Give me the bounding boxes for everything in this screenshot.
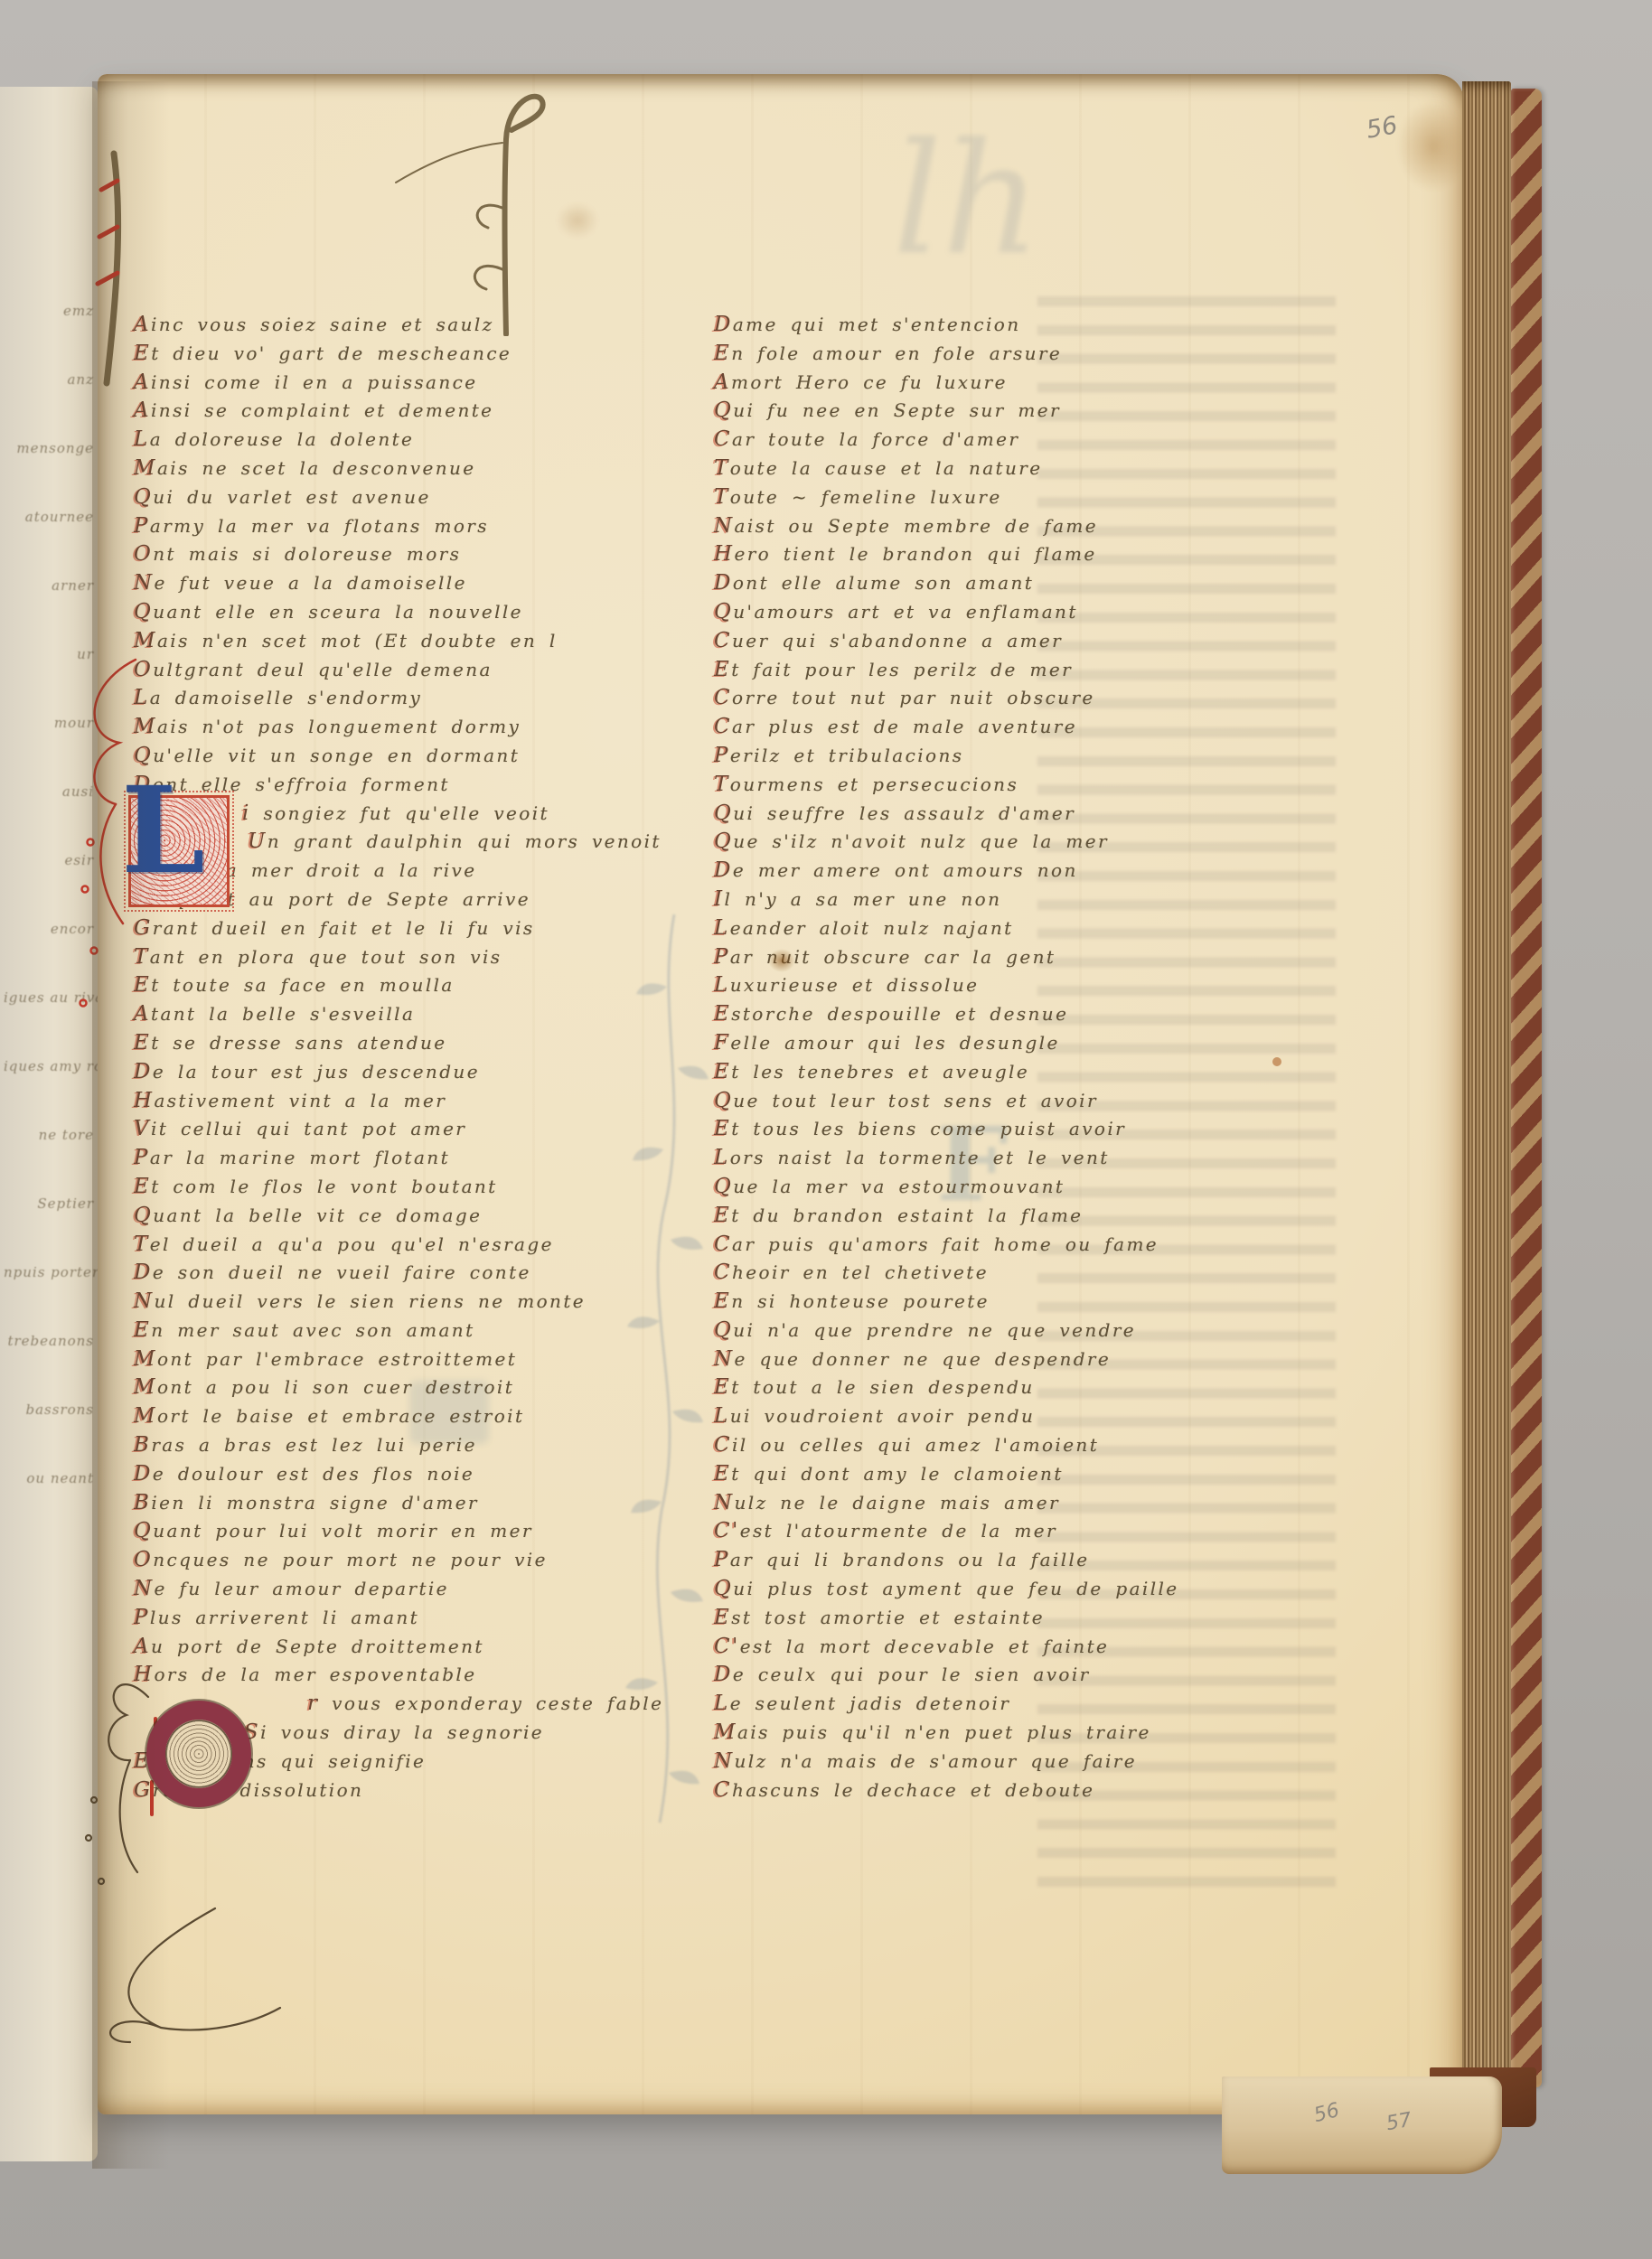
verse-line: Lors naist la tormente et le vent <box>714 1144 1310 1173</box>
verse-line: Mont a pou li son cuer destroit <box>134 1373 703 1402</box>
verse-line: Lui voudroient avoir pendu <box>714 1402 1310 1431</box>
verse-line: Que s'ilz n'avoit nulz que la mer <box>714 828 1310 857</box>
verse-line: Cheoir en tel chetivete <box>714 1259 1310 1288</box>
verse-line: Tel dueil a qu'a pou qu'el n'esrage <box>134 1231 703 1260</box>
facing-page-fragment: ou neant <box>4 1444 94 1513</box>
verse-line: Et fait pour les perilz de mer <box>714 656 1310 685</box>
facing-page-fragment: npuis porter <box>4 1238 94 1307</box>
decorated-initial-O <box>137 1699 255 1809</box>
verse-line: Estorche despouille et desnue <box>714 1000 1310 1029</box>
verse-line: Ainc vous soiez saine et saulz <box>134 311 703 340</box>
facing-page-fragment: Septier <box>4 1169 94 1238</box>
pencil-folio-number: 56 <box>1365 111 1400 144</box>
verse-line: Mais ne scet la desconvenue <box>134 455 703 483</box>
verse-line: Tant en plora que tout son vis <box>134 943 703 972</box>
verse-line: Quant elle en sceura la nouvelle <box>134 598 703 627</box>
facing-page-fragment: encor <box>4 895 94 963</box>
verse-line: Toute ~ femeline luxure <box>714 483 1310 512</box>
verse-line: Atant la belle s'esveilla <box>134 1000 703 1029</box>
verse-line: Parmy la mer va flotans mors <box>134 512 703 541</box>
verse-line: Car plus est de male aventure <box>714 713 1310 742</box>
facing-page-fragment: atournee <box>4 483 94 551</box>
cover-edge-zigzag-pattern <box>1511 89 1542 2087</box>
verse-line: Ainsi se complaint et demente <box>134 397 703 426</box>
verse-line: Mais n'en scet mot (Et doubte en l <box>134 627 703 656</box>
verse-line: Car toute la force d'amer <box>714 426 1310 455</box>
verse-line: Perilz et tribulacions <box>714 742 1310 771</box>
verse-line: Et tout a le sien despendu <box>714 1373 1310 1402</box>
verse-line: Nulz ne le daigne mais amer <box>714 1489 1310 1518</box>
verse-line: Hastivement vint a la mer <box>134 1087 703 1116</box>
verse-line: Au port de Septe droittement <box>134 1633 703 1662</box>
verse-line: Oultgrant deul qu'elle demena <box>134 656 703 685</box>
verse-line: Ne que donner ne que despendre <box>714 1345 1310 1374</box>
initial-O-ring <box>146 1701 251 1807</box>
verse-line: Mais n'ot pas longuement dormy <box>134 713 703 742</box>
facing-page-fragment: bassrons <box>4 1375 94 1444</box>
verse-line: Hors de la mer espoventable <box>134 1661 703 1690</box>
verse-line: En mer saut avec son amant <box>134 1317 703 1345</box>
verse-line: Le seulent jadis detenoir <box>714 1690 1310 1719</box>
page-block-fore-edge <box>1462 81 1511 2116</box>
verse-line: Bien li monstra signe d'amer <box>134 1489 703 1518</box>
verse-line: Mont par l'embrace estroittemet <box>134 1345 703 1374</box>
verse-line: C'est l'atourmente de la mer <box>714 1517 1310 1546</box>
verse-line: Et se dresse sans atendue <box>134 1029 703 1058</box>
verse-line: Luxurieuse et dissolue <box>714 971 1310 1000</box>
ghost-top-bleedthrough: lh <box>893 110 1041 289</box>
stain <box>1397 101 1469 192</box>
facing-page-edge: emzanzmensongeatourneearnerurmourausiesi… <box>0 87 98 2161</box>
verse-line: De mer amere ont amours non <box>714 857 1310 886</box>
verse-line: Toute la cause et la nature <box>714 455 1310 483</box>
verse-line: Car puis qu'amors fait home ou fame <box>714 1231 1310 1260</box>
verse-line: Il n'y a sa mer une non <box>714 886 1310 914</box>
verse-line: Dont elle alume son amant <box>714 569 1310 598</box>
facing-page-fragment: iques amy roge <box>4 1032 94 1101</box>
facing-page-fragment: mensonge <box>4 414 94 483</box>
verse-line: Qui du varlet est avenue <box>134 483 703 512</box>
verse-line: Nulz n'a mais de s'amour que faire <box>714 1748 1310 1776</box>
verse-line: Que la mer va estourmouvant <box>714 1173 1310 1202</box>
verse-line: Ont mais si doloreuse mors <box>134 540 703 569</box>
verse-line: Qui n'a que prendre ne que vendre <box>714 1317 1310 1345</box>
text-column-2: Dame qui met s'entencionEn fole amour en… <box>714 311 1310 1804</box>
verse-line: Leander aloit nulz najant <box>714 914 1310 943</box>
verse-line: Nul dueil vers le sien riens ne monte <box>134 1288 703 1317</box>
facing-page-fragment: mour <box>4 689 94 757</box>
verse-line: Qui plus tost ayment que feu de paille <box>714 1575 1310 1604</box>
verse-line: Naist ou Septe membre de fame <box>714 512 1310 541</box>
verse-line: La damoiselle s'endormy <box>134 684 703 713</box>
facing-page-fragment: trebeanons <box>4 1307 94 1375</box>
verse-line: La doloreuse la dolente <box>134 426 703 455</box>
verse-line: Est tost amortie et estainte <box>714 1604 1310 1633</box>
verse-line: Cuer qui s'abandonne a amer <box>714 627 1310 656</box>
verse-line: Quant pour lui volt morir en mer <box>134 1517 703 1546</box>
verse-line: Et com le flos le vont boutant <box>134 1173 703 1202</box>
manuscript-photo: emzanzmensongeatourneearnerurmourausiesi… <box>0 0 1652 2259</box>
verse-line: De ceulx qui pour le sien avoir <box>714 1661 1310 1690</box>
verse-line: Chascuns le dechace et deboute <box>714 1776 1310 1805</box>
verse-line: Qu'elle vit un songe en dormant <box>134 742 703 771</box>
verse-line: Et tous les biens come puist avoir <box>714 1115 1310 1144</box>
top-cadel-flourish <box>369 74 577 336</box>
verse-line: Qui seuffre les assaulz d'amer <box>714 800 1310 829</box>
verse-line: Dame qui met s'entencion <box>714 311 1310 340</box>
verse-line: Ne fut veue a la damoiselle <box>134 569 703 598</box>
verse-line: Oncques ne pour mort ne pour vie <box>134 1546 703 1575</box>
verse-line: Ne fu leur amour departie <box>134 1575 703 1604</box>
verse-line: C'est la mort decevable et fainte <box>714 1633 1310 1662</box>
verse-line: De doulour est des flos noie <box>134 1460 703 1489</box>
recto-page-folio-56: F lh <box>98 74 1464 2114</box>
bottom-page-corner-stack: 56 57 <box>1222 2067 1542 2203</box>
verse-line: Vit cellui qui tant pot amer <box>134 1115 703 1144</box>
verse-line: Quant la belle vit ce domage <box>134 1202 703 1231</box>
verse-line: De son dueil ne vueil faire conte <box>134 1259 703 1288</box>
verse-line: Hero tient le brandon qui flame <box>714 540 1310 569</box>
facing-page-fragment: ur <box>4 620 94 689</box>
verse-line: Felle amour qui les desungle <box>714 1029 1310 1058</box>
facing-page-fragment: ausi <box>4 757 94 826</box>
verse-line: Qui fu nee en Septe sur mer <box>714 397 1310 426</box>
stain <box>557 202 598 239</box>
verse-line: Bras a bras est lez lui perie <box>134 1431 703 1460</box>
stacked-page-corners: 56 57 <box>1222 2076 1502 2174</box>
pencil-folio-number: 56 <box>1311 2099 1341 2127</box>
text-column-1: Ainc vous soiez saine et saulzEt dieu vo… <box>134 311 703 1804</box>
facing-page-fragment: esir <box>4 826 94 895</box>
verse-line: Et qui dont amy le clamoient <box>714 1460 1310 1489</box>
verse-line: En si honteuse pourete <box>714 1288 1310 1317</box>
pencil-folio-number: 57 <box>1384 2109 1413 2135</box>
verse-line: Ainsi come il en a puissance <box>134 369 703 398</box>
verse-line: De la tour est jus descendue <box>134 1058 703 1087</box>
verse-line: Et toute sa face en moulla <box>134 971 703 1000</box>
verse-line: Par qui li brandons ou la faille <box>714 1546 1310 1575</box>
initial-L-letter: L <box>121 772 205 891</box>
verse-line: Que tout leur tost sens et avoir <box>714 1087 1310 1116</box>
facing-page-fragment: emz <box>4 277 94 345</box>
verse-line: Plus arriverent li amant <box>134 1604 703 1633</box>
verse-line: Cil ou celles qui amez l'amoient <box>714 1431 1310 1460</box>
facing-page-text-fragments: emzanzmensongeatourneearnerurmourausiesi… <box>4 277 94 1513</box>
verse-line: Tourmens et persecucions <box>714 771 1310 800</box>
facing-page-fragment: anz <box>4 345 94 414</box>
facing-page-fragment: igues au rivage <box>4 963 94 1032</box>
verse-line: En fole amour en fole arsure <box>714 340 1310 369</box>
verse-line: Par la marine mort flotant <box>134 1144 703 1173</box>
verse-line: Corre tout nut par nuit obscure <box>714 684 1310 713</box>
verse-line: Et dieu vo' gart de mescheance <box>134 340 703 369</box>
facing-page-fragment: arner <box>4 551 94 620</box>
facing-page-fragment: ne tore <box>4 1101 94 1169</box>
verse-line: Amort Hero ce fu luxure <box>714 369 1310 398</box>
decorated-initial-L: L <box>127 792 239 920</box>
verse-line: Mort le baise et embrace estroit <box>134 1402 703 1431</box>
verse-line: Et les tenebres et aveugle <box>714 1058 1310 1087</box>
verse-line: Par nuit obscure car la gent <box>714 943 1310 972</box>
verse-line: Qu'amours art et va enflamant <box>714 598 1310 627</box>
verse-line: Et du brandon estaint la flame <box>714 1202 1310 1231</box>
verse-line: Mais puis qu'il n'en puet plus traire <box>714 1719 1310 1748</box>
